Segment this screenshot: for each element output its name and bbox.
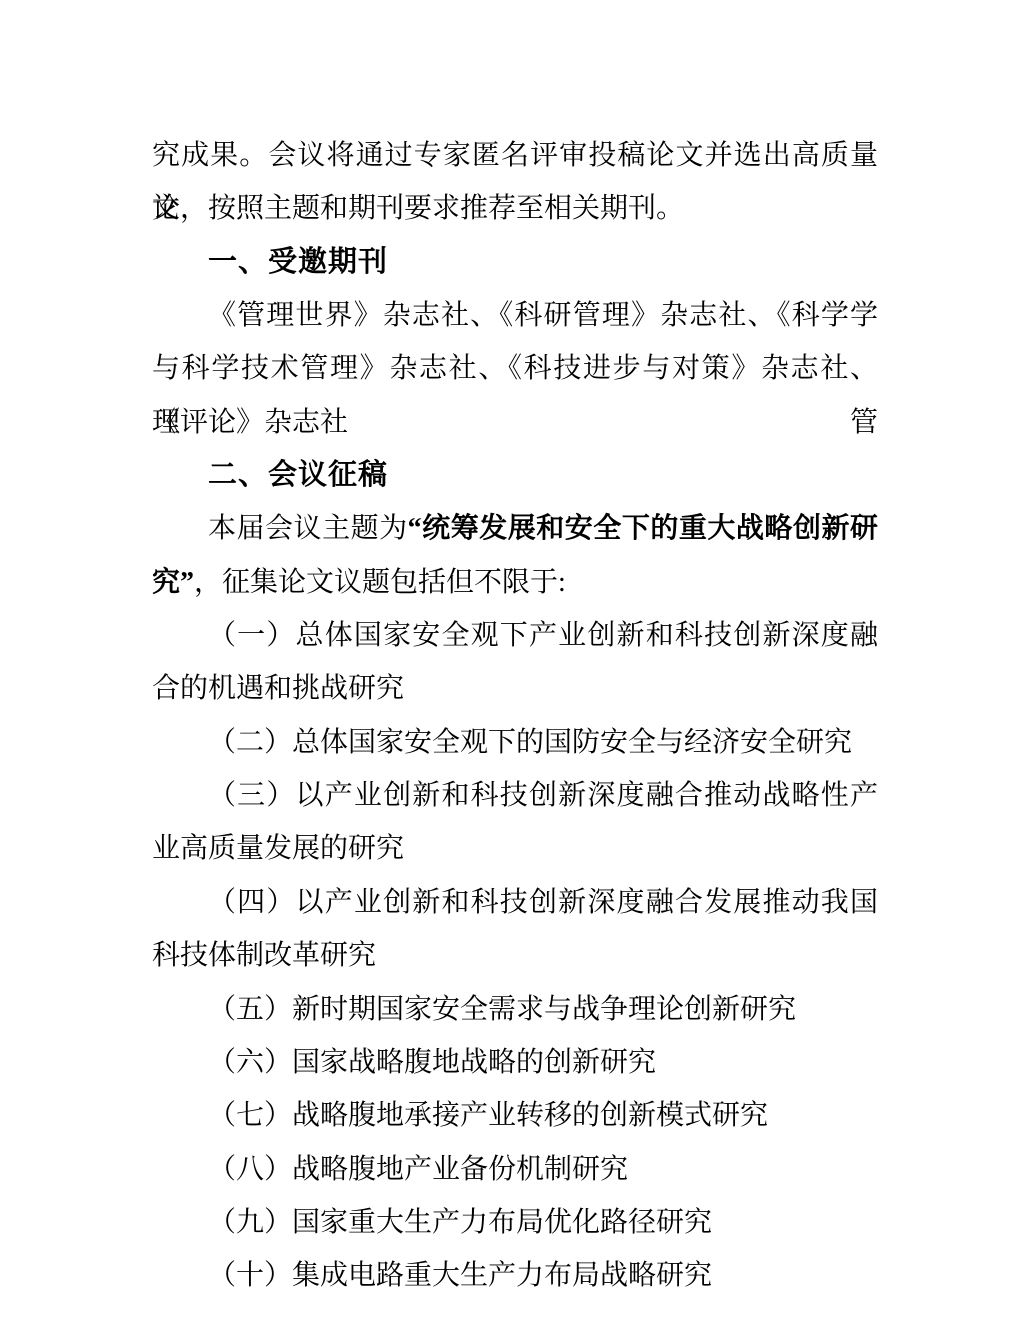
text-segment: （六）国家战略腹地战略的创新研究 xyxy=(208,1047,656,1078)
text-segment: 业高质量发展的研究 xyxy=(152,833,404,864)
text-segment: 科技体制改革研究 xyxy=(152,940,376,971)
text-segment: （三）以产业创新和科技创新深度融合推动战略性产 xyxy=(208,780,878,811)
section-heading: 二、会议征稿 xyxy=(152,449,878,502)
text-line: （八）战略腹地产业备份机制研究 xyxy=(152,1143,878,1196)
text-segment: （八）战略腹地产业备份机制研究 xyxy=(208,1154,628,1185)
text-line: （六）国家战略腹地战略的创新研究 xyxy=(152,1036,878,1089)
text-line: （七）战略腹地承接产业转移的创新模式研究 xyxy=(152,1089,878,1142)
text-line: （四）以产业创新和科技创新深度融合发展推动我国 xyxy=(152,876,878,929)
text-line: （五）新时期国家安全需求与战争理论创新研究 xyxy=(152,983,878,1036)
text-segment: 合的机遇和挑战研究 xyxy=(152,673,404,704)
text-line: （九）国家重大生产力布局优化路径研究 xyxy=(152,1196,878,1249)
text-segment: （九）国家重大生产力布局优化路径研究 xyxy=(208,1207,712,1238)
text-segment: （十）集成电路重大生产力布局战略研究 xyxy=(208,1260,712,1291)
text-line: 究”，征集论文议题包括但不限于: xyxy=(152,556,878,609)
text-line: 《管理世界》杂志社、《科研管理》杂志社、《科学学 xyxy=(152,289,878,342)
text-segment: 文，按照主题和期刊要求推荐至相关期刊。 xyxy=(152,193,684,224)
document-page: 究成果。会议将通过专家匿名评审投稿论文并选出高质量论文，按照主题和期刊要求推荐至… xyxy=(0,0,1024,1329)
text-segment: （二）总体国家安全观下的国防安全与经济安全研究 xyxy=(208,727,852,758)
text-segment: （一）总体国家安全观下产业创新和科技创新深度融 xyxy=(208,620,878,651)
text-line: 业高质量发展的研究 xyxy=(152,822,878,875)
text-segment: 《管理世界》杂志社、《科研管理》杂志社、《科学学 xyxy=(208,300,878,331)
text-segment: （五）新时期国家安全需求与战争理论创新研究 xyxy=(208,994,796,1025)
text-segment: 究” xyxy=(152,567,194,598)
text-line: 与科学技术管理》杂志社、《科技进步与对策》杂志社、《管 xyxy=(152,342,878,395)
text-line: 本届会议主题为“统筹发展和安全下的重大战略创新研 xyxy=(152,502,878,555)
text-line: 文，按照主题和期刊要求推荐至相关期刊。 xyxy=(152,182,878,235)
text-line: （三）以产业创新和科技创新深度融合推动战略性产 xyxy=(152,769,878,822)
text-segment: “统筹发展和安全下的重大战略创新研 xyxy=(408,513,878,544)
text-line: 合的机遇和挑战研究 xyxy=(152,662,878,715)
document-content: 究成果。会议将通过专家匿名评审投稿论文并选出高质量论文，按照主题和期刊要求推荐至… xyxy=(152,129,878,1303)
text-segment: 理评论》杂志社 xyxy=(152,407,348,438)
text-segment: 一、受邀期刊 xyxy=(208,246,388,278)
text-segment: 二、会议征稿 xyxy=(208,459,388,491)
text-line: （十）集成电路重大生产力布局战略研究 xyxy=(152,1249,878,1302)
text-line: 究成果。会议将通过专家匿名评审投稿论文并选出高质量论 xyxy=(152,129,878,182)
text-segment: （七）战略腹地承接产业转移的创新模式研究 xyxy=(208,1100,768,1131)
text-line: （二）总体国家安全观下的国防安全与经济安全研究 xyxy=(152,716,878,769)
text-segment: ，征集论文议题包括但不限于: xyxy=(194,567,566,598)
text-line: （一）总体国家安全观下产业创新和科技创新深度融 xyxy=(152,609,878,662)
section-heading: 一、受邀期刊 xyxy=(152,236,878,289)
text-line: 科技体制改革研究 xyxy=(152,929,878,982)
text-segment: 本届会议主题为 xyxy=(208,513,408,544)
text-segment: （四）以产业创新和科技创新深度融合发展推动我国 xyxy=(208,887,878,918)
